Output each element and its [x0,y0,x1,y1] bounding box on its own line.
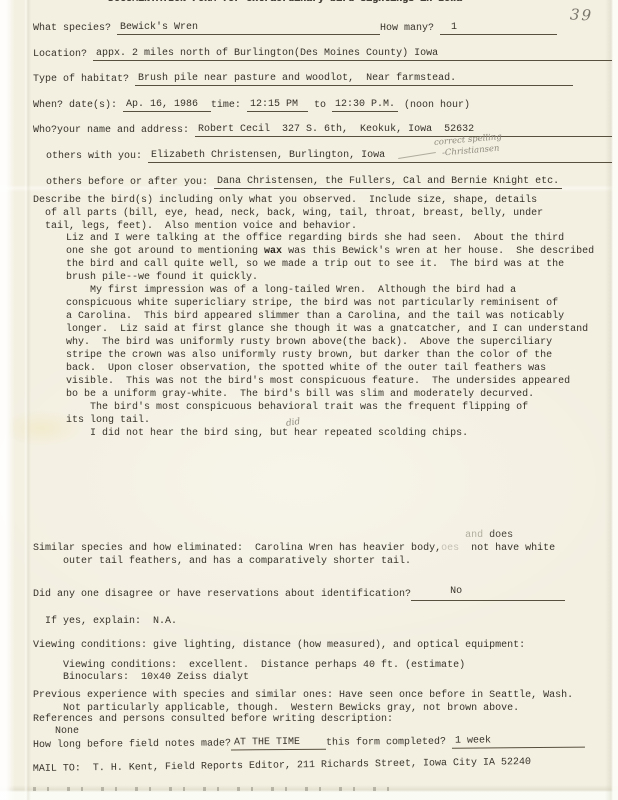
form-completed-value: 1 week [455,735,491,746]
how-many-value: 1 [443,22,457,33]
erased-text-ghost: oes [441,543,459,554]
typed-correction-and: and [465,530,489,541]
field-row-habitat: Type of habitat? Brush pile near pasture… [33,73,573,86]
field-row-who: Who?your name and address: Robert Cecil … [33,124,612,137]
form-completed-label: this form completed? [326,737,452,750]
disagree-fill: No [411,588,565,601]
description-line-10: stripe the crown was also uniformly rust… [66,350,552,362]
habitat-fill: Brush pile near pasture and woodlot, Nea… [135,73,573,86]
species-value: Bewick's Wren [120,22,198,33]
description-line-16-pre: I did not hear the bird sing, but [66,428,294,439]
others-before-label: others before or after you: [46,177,214,189]
description-line-9: why. The bird was uniformly rusty brown … [66,337,552,349]
typed-correction-does: does [489,530,513,541]
location-fill: appx. 2 miles north of Burlington(Des Mo… [93,48,612,61]
description-line-16-anchor: didhear repeated scolding chips. [294,428,468,439]
description-line-13: bo be a uniform gray-white. The bird's b… [66,389,534,401]
scanned-document-page: { "title": "DOCUMENTATION FORM for extra… [0,0,618,800]
typed-correction: and does [465,530,513,542]
description-line-15: its long tail. [66,415,150,427]
others-with-label: others with you: [46,151,148,163]
similar-species-text-a: Similar species and how eliminated: Caro… [33,543,441,554]
field-row-species: What species? Bewick's Wren How many? 1 [33,22,557,35]
others-before-fill: Dana Christensen, the Fullers, Cal and B… [214,176,562,189]
if-yes-line: If yes, explain: N.A. [45,616,177,628]
noon-hour-suffix: (noon hour) [398,100,470,112]
similar-species-anchor: and does not have white [459,543,555,554]
form-completed-fill: 1 week [452,735,585,749]
others-with-fill: Elizabeth Christensen, Burlington, Iowa [148,150,612,163]
species-fill: Bewick's Wren [117,22,380,35]
description-line-8: longer. Liz said at first glance she tho… [66,324,588,336]
who-label: Who?your name and address: [33,125,195,137]
time-to-fill: 12:30 P.M. [332,99,398,112]
references-header: References and persons consulted before … [33,714,393,726]
description-line-16-post: hear repeated scolding chips. [294,428,468,439]
others-before-value: Dana Christensen, the Fullers, Cal and B… [217,176,559,187]
form-title: DOCUMENTATION FORM for extraordinary bir… [108,0,462,6]
description-line-6: conspicuous white supericliary stripe, t… [66,298,558,310]
description-line-5: My first impression was of a long-tailed… [66,285,516,297]
field-row-disagree: Did any one disagree or have reservation… [33,588,565,601]
if-yes-label: If yes, explain: [45,616,153,627]
description-line-2-post: was this Bewick's wren at her house. She… [282,246,594,257]
previous-experience-line-1: Previous experience with species and sim… [33,690,573,702]
description-line-12: visible. This was not the bird's most co… [66,376,570,388]
field-row-when: When? date(s): Ap. 16, 1986 time: 12:15 … [33,99,470,112]
similar-species-line-1: Similar species and how eliminated: Caro… [33,543,555,555]
handwritten-page-number: 39 [570,5,594,24]
description-line-14: The bird's most conspicuous behavioral t… [66,402,528,414]
overstruck-typo: wax [264,246,282,257]
to-label: to [308,100,332,112]
how-many-label: How many? [380,23,440,35]
description-line-11: back. Upon closer observation, the spott… [66,363,546,375]
field-row-others-with: others with you: Elizabeth Christensen, … [46,150,612,163]
species-label: What species? [33,23,117,35]
references-value: None [55,726,79,738]
field-notes-fill: AT THE TIME [231,737,326,751]
scan-artifact-cutoff-text [33,787,393,791]
description-line-16: I did not hear the bird sing, but didhea… [66,428,468,440]
time-to-value: 12:30 P.M. [335,99,395,110]
disagree-value: No [450,586,462,597]
others-with-value: Elizabeth Christensen, Burlington, Iowa [151,150,385,161]
when-label: When? date(s): [33,100,123,112]
similar-species-text-b: not have white [459,543,555,554]
time-from-fill: 12:15 PM [247,99,308,112]
viewing-conditions-value: Viewing conditions: excellent. Distance … [63,660,465,672]
habitat-label: Type of habitat? [33,74,135,86]
who-fill: Robert Cecil 327 S. 6th, Keokuk, Iowa 52… [195,124,612,137]
description-line-7: a Carolina. This bird appeared slimmer t… [66,311,564,323]
date-value: Ap. 16, 1986 [126,99,198,110]
describe-prompt-line-2: of all parts (bill, eye, head, neck, bac… [33,208,543,220]
how-long-label: How long before field notes made? [33,738,231,752]
viewing-conditions-header: Viewing conditions: give lighting, dista… [33,640,525,652]
describe-prompt-line-3: tail, legs, feet). Also mention voice an… [33,221,357,233]
time-from-value: 12:15 PM [250,99,298,110]
location-label: Location? [33,49,93,61]
field-row-location: Location? appx. 2 miles north of Burling… [33,48,612,61]
handwritten-did-insertion: did [285,416,301,430]
description-line-2-pre: one she got around to mentioning [66,246,264,257]
disagree-label: Did any one disagree or have reservation… [33,589,411,601]
description-line-2: one she got around to mentioning wax was… [66,246,594,258]
description-line-3: the bird and call quite well, so we made… [66,259,564,271]
how-many-fill: 1 [440,22,557,35]
binoculars-value: Binoculars: 10x40 Zeiss dialyt [63,672,249,684]
if-yes-value: N.A. [153,616,177,627]
description-line-1: Liz and I were talking at the office reg… [66,233,564,245]
date-fill: Ap. 16, 1986 [123,99,211,112]
location-value: appx. 2 miles north of Burlington(Des Mo… [96,48,438,59]
habitat-value: Brush pile near pasture and woodlot, Nea… [138,73,456,84]
field-row-others-before: others before or after you: Dana Christe… [46,176,562,189]
time-label: time: [211,100,247,112]
description-line-4: brush pile--we found it quickly. [66,272,258,284]
describe-prompt-line-1: Describe the bird(s) including only what… [33,195,537,207]
field-notes-value: AT THE TIME [234,737,300,749]
who-value: Robert Cecil 327 S. 6th, Keokuk, Iowa 52… [198,124,474,135]
similar-species-line-2: outer tail feathers, and has a comparati… [63,556,411,568]
